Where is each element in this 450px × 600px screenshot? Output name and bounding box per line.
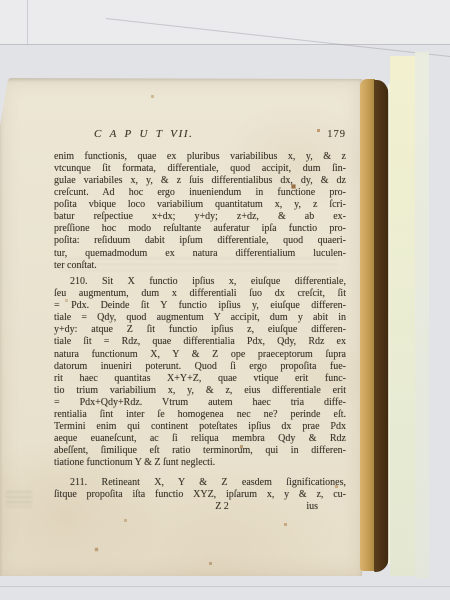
text-line: ſitque propoſita iſta functio XYZ, ipſar…: [54, 489, 346, 501]
text-line: Termini enim qui continent poteſtates ip…: [54, 421, 346, 433]
text-line: enim functionis, quae ex pluribus variab…: [54, 151, 346, 163]
catchword: ius: [306, 501, 318, 513]
board-edge-line: [0, 586, 450, 587]
text-line: poſita: reſiduum dabit ipſum differentia…: [54, 235, 346, 247]
text-line: batur reſpectiue x+dx; y+dy; z+dz, & ab …: [54, 211, 346, 223]
glass-edge-line: [0, 44, 450, 45]
cover-reflection: [390, 56, 415, 576]
text-line: tiale = Qdy, quod augmentum Y accipit, d…: [54, 312, 346, 324]
text-line: rit haec quantitas X+Y+Z, quae vtique er…: [54, 373, 346, 385]
background-board: [0, 0, 450, 44]
paragraph-continuation: enim functionis, quae ex pluribus variab…: [54, 151, 346, 272]
ink-showthrough-margin: [6, 491, 32, 507]
page-number: 179: [327, 129, 346, 140]
text-line: datorum inueniri poterunt. Quod ſi ergo …: [54, 361, 346, 373]
glass-edge-vertical: [27, 0, 28, 45]
text-line: = Pdx. Deinde ſit Y functio ipſius y, ei…: [54, 300, 346, 312]
paragraph-211: 211. Retineant X, Y & Z easdem ſignifica…: [54, 477, 346, 513]
text-line: aeque euaneſcunt, ac ſi reliqua membra Q…: [54, 433, 346, 445]
running-header: C A P U T VII. 179: [54, 128, 346, 140]
signature-mark: Z 2: [215, 501, 229, 513]
text-line: y+dy: atque Z ſit functio ipſius z, eiuſ…: [54, 324, 346, 336]
text-line: ter conſtat.: [54, 260, 346, 272]
text-line: 210. Sit X functio ipſius x, eiuſque dif…: [54, 276, 346, 288]
book-photograph: C A P U T VII. 179 enim functionis, quae…: [0, 0, 450, 600]
paragraph-210: 210. Sit X functio ipſius x, eiuſque dif…: [54, 276, 346, 470]
text-line: vtcunque ſit formata, differentiale, quo…: [54, 163, 346, 175]
signature-row: Z 2 ius: [54, 501, 346, 513]
chapter-title: C A P U T VII.: [94, 128, 194, 140]
cover-reflection-outer: [415, 52, 429, 578]
text-line: tiatione functionum Y & Z ſunt neglecti.: [54, 457, 346, 469]
book-fore-edge: [360, 79, 375, 571]
text-line: tur, quemadmodum ex natura differentiali…: [54, 248, 346, 260]
cover-highlight: [388, 84, 390, 564]
text-line: tio trium variabilium x, y, & z, eius di…: [54, 385, 346, 397]
text-line: abeſſent, ſimilique eſt ratio terminorum…: [54, 445, 346, 457]
book-cover-edge: [374, 80, 389, 572]
text-line: natura functionum X, Y & Z ope praecepto…: [54, 349, 346, 361]
text-line: = Pdx+Qdy+Rdz. Vtrum autem haec tria dif…: [54, 397, 346, 409]
text-line: creſcunt. Ad hoc ergo inueniendum in fun…: [54, 187, 346, 199]
text-line: tiale ſit = Rdz, quae differentialia Pdx…: [54, 336, 346, 348]
text-line: 211. Retineant X, Y & Z easdem ſignifica…: [54, 477, 346, 489]
foxing-specks: [0, 0, 1, 1]
text-line: preſſione hoc modo reſultante auferatur …: [54, 223, 346, 235]
text-line: gulae variabiles x, y, & z ſuis differen…: [54, 175, 346, 187]
text-line: poſita vbique loco variabilium quantitat…: [54, 199, 346, 211]
text-line: rentialia ſint inter ſe homogenea nec ne…: [54, 409, 346, 421]
text-line: ſeu augmentum, dum x differentiali ſuo d…: [54, 288, 346, 300]
